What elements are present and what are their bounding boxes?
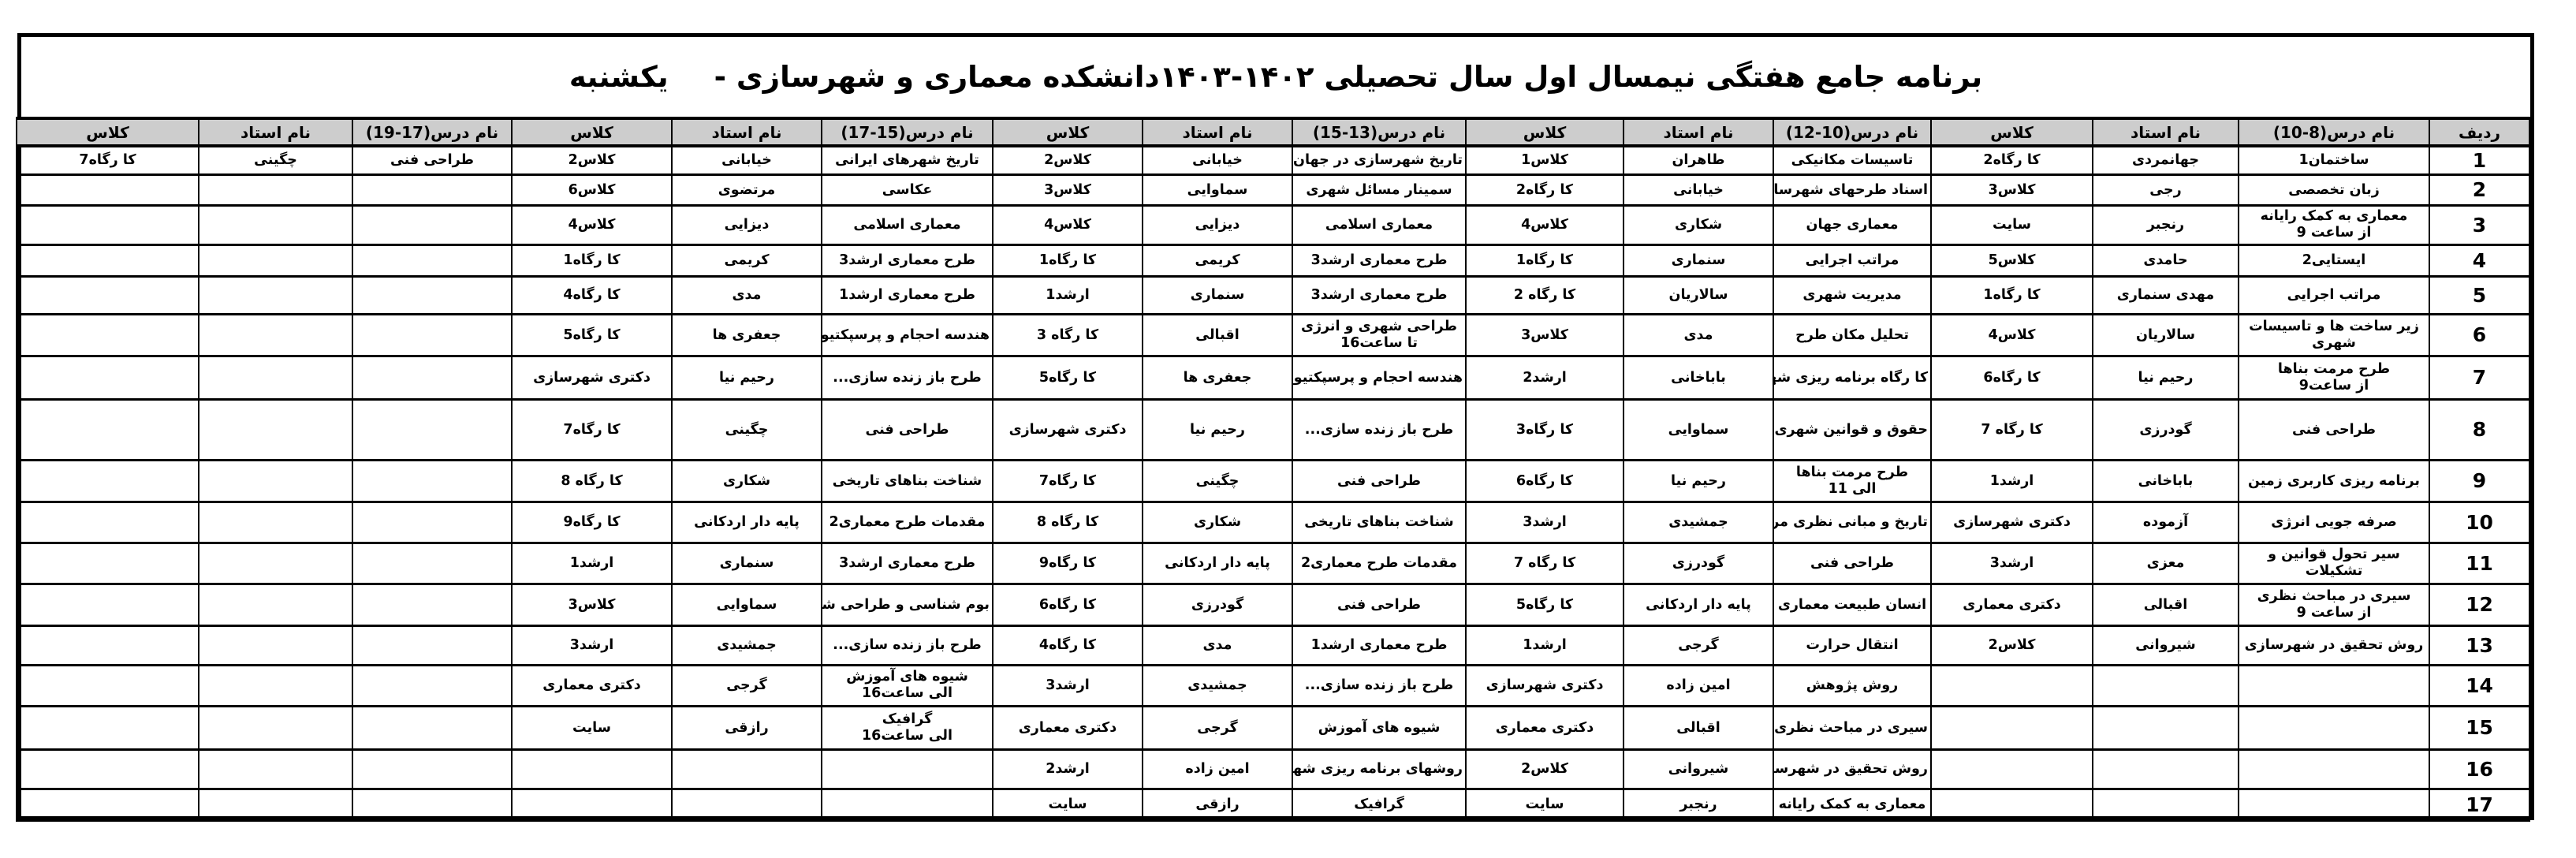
cell-course: بوم شناسی و طراحی شهری xyxy=(822,584,993,625)
cell-course: طرح معماری ارشد1 xyxy=(822,276,993,314)
cell-course: گرافیک xyxy=(1292,789,1466,820)
cell-teacher xyxy=(199,205,352,244)
cell-course xyxy=(352,584,512,625)
table-row: 12سیری در مباحث نظری از ساعت 9اقبالیدکتر… xyxy=(17,584,2529,625)
cell-room: کا رگاه1 xyxy=(1931,276,2093,314)
cell-room xyxy=(17,584,199,625)
cell-room xyxy=(17,276,199,314)
cell-room: کلاس3 xyxy=(993,174,1143,205)
cell-course: طراحی فنی xyxy=(1292,460,1466,502)
row-number: 3 xyxy=(2429,205,2529,244)
cell-teacher: مدی xyxy=(1143,625,1292,665)
cell-course: هندسه احجام و پرسپکتیو xyxy=(822,314,993,356)
cell-course xyxy=(352,399,512,460)
cell-room xyxy=(512,789,672,820)
cell-course xyxy=(2239,789,2429,820)
cell-room: کلاس2 xyxy=(993,146,1143,174)
cell-teacher xyxy=(672,749,822,789)
col-header-teacher: نام استاد xyxy=(199,118,352,146)
cell-room xyxy=(17,625,199,665)
col-header-teacher: نام استاد xyxy=(1143,118,1292,146)
cell-room: کلاس4 xyxy=(1466,205,1624,244)
cell-course xyxy=(352,665,512,706)
cell-room: کا رگاه1 xyxy=(993,244,1143,276)
cell-teacher: باباخانی xyxy=(2093,460,2239,502)
col-header-course: نام درس(15-17) xyxy=(822,118,993,146)
cell-course: طرح معماری ارشد1 xyxy=(1292,625,1466,665)
cell-teacher: شکاری xyxy=(672,460,822,502)
cell-course: طراحی فنی xyxy=(1773,543,1931,584)
cell-course xyxy=(352,276,512,314)
row-number: 13 xyxy=(2429,625,2529,665)
row-number: 6 xyxy=(2429,314,2529,356)
cell-teacher: امین زاده xyxy=(1143,749,1292,789)
cell-course: شیوه های آموزش xyxy=(1292,706,1466,749)
cell-room: سایت xyxy=(1466,789,1624,820)
col-header-row-number: ردیف xyxy=(2429,118,2529,146)
row-number: 8 xyxy=(2429,399,2529,460)
cell-room: کا رگاه1 xyxy=(512,244,672,276)
cell-course: طرح مرمت بناها الی 11 xyxy=(1773,460,1931,502)
cell-room: دکتری شهرسازی xyxy=(1931,502,2093,543)
table-row: 5مراتب اجراییمهدی سنماریکا رگاه1مدیریت ش… xyxy=(17,276,2529,314)
cell-room xyxy=(17,399,199,460)
table-row: 4ایستایی2حامدیکلاس5مراتب اجراییسنماریکا … xyxy=(17,244,2529,276)
cell-course: سمینار مسائل شهری xyxy=(1292,174,1466,205)
row-number: 7 xyxy=(2429,356,2529,399)
cell-teacher: شکاری xyxy=(1624,205,1773,244)
cell-room: کا رگاه6 xyxy=(1931,356,2093,399)
cell-teacher: پایه دار اردکانی xyxy=(1143,543,1292,584)
cell-course: معماری به کمک رایانه xyxy=(1773,789,1931,820)
cell-teacher: جهانمردی xyxy=(2093,146,2239,174)
table-row: 13روش تحقیق در شهرسازیشیروانیکلاس2انتقال… xyxy=(17,625,2529,665)
cell-course: طراحی فنی xyxy=(1292,584,1466,625)
cell-room: کا رگاه 7 xyxy=(1931,399,2093,460)
cell-room: کا رگاه 2 xyxy=(1466,276,1624,314)
cell-course: روشهای برنامه ریزی شهری xyxy=(1292,749,1466,789)
cell-room xyxy=(512,749,672,789)
cell-teacher: رازقی xyxy=(672,706,822,749)
cell-course: هندسه احجام و پرسپکتیو xyxy=(1292,356,1466,399)
cell-room: کا رگاه7 xyxy=(993,460,1143,502)
cell-room: کلاس3 xyxy=(1466,314,1624,356)
cell-room: سایت xyxy=(1931,205,2093,244)
cell-teacher: سماوایی xyxy=(1624,399,1773,460)
row-number: 17 xyxy=(2429,789,2529,820)
table-row: 16روش تحقیق در شهرسازیشیروانیکلاس2روشهای… xyxy=(17,749,2529,789)
cell-room: کا رگاه5 xyxy=(512,314,672,356)
cell-room: ارشد3 xyxy=(1466,502,1624,543)
cell-room: ارشد2 xyxy=(993,749,1143,789)
cell-room: کا رگاه7 xyxy=(512,399,672,460)
cell-teacher xyxy=(199,460,352,502)
cell-room: کا رگاه4 xyxy=(512,276,672,314)
table-row: 7طرح مرمت بناها از ساعت9رحیم نیاکا رگاه6… xyxy=(17,356,2529,399)
cell-course: زبان تخصصی xyxy=(2239,174,2429,205)
cell-teacher: سنماری xyxy=(1143,276,1292,314)
cell-course: شناخت بناهای تاریخی xyxy=(822,460,993,502)
cell-course: طراحی فنی xyxy=(822,399,993,460)
cell-course: تاریخ شهرسازی در جهان xyxy=(1292,146,1466,174)
cell-course: ایستایی2 xyxy=(2239,244,2429,276)
cell-course: طرح باز زنده سازی... xyxy=(1292,665,1466,706)
table-row: 10صرفه جویی انرژیآزمودهدکتری شهرسازیتاری… xyxy=(17,502,2529,543)
cell-room: دکتری شهرسازی xyxy=(1466,665,1624,706)
cell-course xyxy=(352,706,512,749)
table-body: 1ساختمان1جهانمردیکا رگاه2تاسیسات مکانیکی… xyxy=(17,146,2529,820)
col-header-teacher: نام استاد xyxy=(672,118,822,146)
cell-room: کلاس5 xyxy=(1931,244,2093,276)
cell-teacher xyxy=(2093,665,2239,706)
col-header-teacher: نام استاد xyxy=(1624,118,1773,146)
col-header-course: نام درس(13-15) xyxy=(1292,118,1466,146)
cell-course: مراتب اجرایی xyxy=(1773,244,1931,276)
cell-course: معماری جهان xyxy=(1773,205,1931,244)
cell-room: کا رگاه9 xyxy=(512,502,672,543)
cell-room: کا رگاه3 xyxy=(1466,399,1624,460)
cell-course: طرح معماری ارشد3 xyxy=(1292,244,1466,276)
cell-teacher: کریمی xyxy=(672,244,822,276)
table-row: 3معماری به کمک رایانه از ساعت 9رنجبرسایت… xyxy=(17,205,2529,244)
cell-room: کا رگاه2 xyxy=(1931,146,2093,174)
cell-course: معماری اسلامی xyxy=(1292,205,1466,244)
cell-teacher xyxy=(199,399,352,460)
cell-teacher: سماوایی xyxy=(1143,174,1292,205)
cell-teacher: شیروانی xyxy=(2093,625,2239,665)
cell-teacher: شکاری xyxy=(1143,502,1292,543)
cell-teacher: رنجبر xyxy=(1624,789,1773,820)
cell-room: کا رگاه1 xyxy=(1466,244,1624,276)
cell-course xyxy=(352,174,512,205)
cell-room xyxy=(17,244,199,276)
cell-teacher: گرجی xyxy=(672,665,822,706)
row-number: 15 xyxy=(2429,706,2529,749)
row-number: 1 xyxy=(2429,146,2529,174)
cell-teacher: مهدی سنماری xyxy=(2093,276,2239,314)
cell-course: روش تحقیق در شهرسازی xyxy=(1773,749,1931,789)
cell-room xyxy=(17,174,199,205)
cell-teacher: پایه دار اردکانی xyxy=(1624,584,1773,625)
cell-room: دکتری معماری xyxy=(512,665,672,706)
cell-teacher: رازقی xyxy=(1143,789,1292,820)
cell-teacher xyxy=(199,789,352,820)
cell-course: اسناد طرحهای شهرسازی xyxy=(1773,174,1931,205)
cell-room: کا رگاه 8 xyxy=(993,502,1143,543)
cell-teacher: خیابانی xyxy=(672,146,822,174)
cell-room xyxy=(17,314,199,356)
cell-room: کا رگاه6 xyxy=(993,584,1143,625)
cell-teacher: معزی xyxy=(2093,543,2239,584)
col-header-room: کلاس xyxy=(512,118,672,146)
schedule-sheet: برنامه جامع هفتگی نیمسال اول سال تحصیلی … xyxy=(17,33,2534,820)
cell-room: ارشد2 xyxy=(1466,356,1624,399)
cell-room: کلاس6 xyxy=(512,174,672,205)
cell-course: تاریخ و مبانی نظری مرمت xyxy=(1773,502,1931,543)
cell-teacher xyxy=(199,276,352,314)
cell-course xyxy=(822,789,993,820)
cell-room: ارشد3 xyxy=(993,665,1143,706)
cell-course: طراحی فنی xyxy=(2239,399,2429,460)
cell-room: ارشد1 xyxy=(1931,460,2093,502)
cell-course: گرافیک الی ساعت16 xyxy=(822,706,993,749)
row-number: 12 xyxy=(2429,584,2529,625)
table-row: 2زبان تخصصیرجیکلاس3اسناد طرحهای شهرسازیخ… xyxy=(17,174,2529,205)
row-number: 9 xyxy=(2429,460,2529,502)
cell-course xyxy=(352,543,512,584)
cell-teacher: شیروانی xyxy=(1624,749,1773,789)
cell-course: مقدمات طرح معماری2 xyxy=(1292,543,1466,584)
table-row: 15سیری در مباحث نظریاقبالیدکتری معماریشی… xyxy=(17,706,2529,749)
cell-course: معماری اسلامی xyxy=(822,205,993,244)
cell-course: تحلیل مکان طرح xyxy=(1773,314,1931,356)
cell-room: کا رگاه 7 xyxy=(1466,543,1624,584)
cell-teacher xyxy=(199,502,352,543)
cell-room: ارشد1 xyxy=(1466,625,1624,665)
cell-room xyxy=(1931,665,2093,706)
cell-room: کلاس2 xyxy=(512,146,672,174)
cell-course: مقدمات طرح معماری2 xyxy=(822,502,993,543)
cell-course: انتقال حرارت xyxy=(1773,625,1931,665)
row-number: 5 xyxy=(2429,276,2529,314)
cell-teacher: جمشیدی xyxy=(1624,502,1773,543)
cell-room: کلاس4 xyxy=(1931,314,2093,356)
row-number: 11 xyxy=(2429,543,2529,584)
cell-teacher xyxy=(199,749,352,789)
cell-room xyxy=(1931,749,2093,789)
cell-teacher: اقبالی xyxy=(2093,584,2239,625)
cell-room: کا رگاه4 xyxy=(993,625,1143,665)
cell-room: ارشد3 xyxy=(1931,543,2093,584)
cell-room: کلاس4 xyxy=(993,205,1143,244)
cell-teacher: رنجبر xyxy=(2093,205,2239,244)
cell-teacher: خیابانی xyxy=(1143,146,1292,174)
cell-teacher: دیزایی xyxy=(672,205,822,244)
cell-room xyxy=(17,460,199,502)
row-number: 4 xyxy=(2429,244,2529,276)
cell-course: معماری به کمک رایانه از ساعت 9 xyxy=(2239,205,2429,244)
cell-teacher: چگینی xyxy=(672,399,822,460)
cell-teacher: مرتضوی xyxy=(672,174,822,205)
table-row: 11سیر تحول قوانین و تشکیلاتمعزیارشد3طراح… xyxy=(17,543,2529,584)
cell-course: صرفه جویی انرژی xyxy=(2239,502,2429,543)
cell-room: کا رگاه5 xyxy=(993,356,1143,399)
cell-room: کا رگاه 8 xyxy=(512,460,672,502)
cell-teacher: رحیم نیا xyxy=(1143,399,1292,460)
cell-course: زیر ساخت ها و تاسیسات شهری xyxy=(2239,314,2429,356)
cell-teacher: جعفری ها xyxy=(672,314,822,356)
cell-room xyxy=(17,706,199,749)
col-header-room: کلاس xyxy=(17,118,199,146)
cell-room: دکتری معماری xyxy=(993,706,1143,749)
cell-teacher: جعفری ها xyxy=(1143,356,1292,399)
cell-teacher: آزموده xyxy=(2093,502,2239,543)
row-number: 10 xyxy=(2429,502,2529,543)
col-header-room: کلاس xyxy=(993,118,1143,146)
cell-room: کا رگاه9 xyxy=(993,543,1143,584)
col-header-course: نام درس(8-10) xyxy=(2239,118,2429,146)
cell-teacher: مدی xyxy=(1624,314,1773,356)
cell-room: دکتری معماری xyxy=(1931,584,2093,625)
cell-teacher: جمشیدی xyxy=(1143,665,1292,706)
cell-teacher: اقبالی xyxy=(1624,706,1773,749)
table-row: 8طراحی فنیگودرزیکا رگاه 7حقوق و قوانین ش… xyxy=(17,399,2529,460)
cell-course xyxy=(352,789,512,820)
cell-room xyxy=(1931,706,2093,749)
cell-teacher xyxy=(199,706,352,749)
cell-room: کلاس1 xyxy=(1466,146,1624,174)
cell-teacher: سماوایی xyxy=(672,584,822,625)
cell-room: سایت xyxy=(993,789,1143,820)
cell-teacher xyxy=(199,543,352,584)
cell-teacher: پایه دار اردکانی xyxy=(672,502,822,543)
cell-course: روش تحقیق در شهرسازی xyxy=(2239,625,2429,665)
cell-teacher: باباخانی xyxy=(1624,356,1773,399)
cell-course: طرح مرمت بناها از ساعت9 xyxy=(2239,356,2429,399)
cell-course: طراحی فنی xyxy=(352,146,512,174)
cell-teacher: رجی xyxy=(2093,174,2239,205)
cell-room: کلاس3 xyxy=(512,584,672,625)
cell-room: ارشد3 xyxy=(512,625,672,665)
cell-teacher: گودرزی xyxy=(2093,399,2239,460)
cell-course: عکاسی xyxy=(822,174,993,205)
day-label: یکشنبه xyxy=(569,60,669,94)
table-header: ردیفنام درس(8-10)نام استادکلاسنام درس(10… xyxy=(17,118,2529,146)
cell-teacher: رحیم نیا xyxy=(2093,356,2239,399)
cell-course: انسان طبیعت معماری xyxy=(1773,584,1931,625)
cell-course: تاریخ شهرهای ایرانی xyxy=(822,146,993,174)
cell-course: طرح معماری ارشد3 xyxy=(1292,276,1466,314)
col-header-course: نام درس(17-19) xyxy=(352,118,512,146)
cell-course xyxy=(352,244,512,276)
cell-course: طرح معماری ارشد3 xyxy=(822,543,993,584)
cell-course xyxy=(352,205,512,244)
cell-teacher: مدی xyxy=(672,276,822,314)
cell-teacher: رحیم نیا xyxy=(672,356,822,399)
cell-room: کلاس2 xyxy=(1466,749,1624,789)
cell-course xyxy=(2239,665,2429,706)
table-row: 14روش پژوهشامین زادهدکتری شهرسازیطرح باز… xyxy=(17,665,2529,706)
cell-teacher: سالاریان xyxy=(2093,314,2239,356)
cell-teacher xyxy=(2093,789,2239,820)
cell-teacher: دیزایی xyxy=(1143,205,1292,244)
col-header-course: نام درس(10-12) xyxy=(1773,118,1931,146)
cell-teacher: گرجی xyxy=(1143,706,1292,749)
cell-room: کا رگاه2 xyxy=(1466,174,1624,205)
cell-room xyxy=(17,749,199,789)
cell-room: دکتری شهرسازی xyxy=(512,356,672,399)
cell-course: سیری در مباحث نظری xyxy=(1773,706,1931,749)
cell-teacher: سنماری xyxy=(672,543,822,584)
cell-course: طرح باز زنده سازی... xyxy=(1292,399,1466,460)
cell-course: سیری در مباحث نظری از ساعت 9 xyxy=(2239,584,2429,625)
cell-room: دکتری معماری xyxy=(1466,706,1624,749)
cell-course xyxy=(352,749,512,789)
cell-teacher: سنماری xyxy=(1624,244,1773,276)
cell-course: شناخت بناهای تاریخی xyxy=(1292,502,1466,543)
cell-room: کا رگاه 3 xyxy=(993,314,1143,356)
page-title: برنامه جامع هفتگی نیمسال اول سال تحصیلی … xyxy=(714,60,1982,94)
cell-course: برنامه ریزی کاربری زمین xyxy=(2239,460,2429,502)
cell-teacher: حامدی xyxy=(2093,244,2239,276)
cell-course xyxy=(352,314,512,356)
row-number: 2 xyxy=(2429,174,2529,205)
cell-teacher xyxy=(672,789,822,820)
cell-teacher: طاهران xyxy=(1624,146,1773,174)
cell-course xyxy=(2239,706,2429,749)
cell-course xyxy=(352,625,512,665)
cell-teacher xyxy=(2093,749,2239,789)
cell-teacher xyxy=(2093,706,2239,749)
cell-course xyxy=(2239,749,2429,789)
cell-course: سیر تحول قوانین و تشکیلات xyxy=(2239,543,2429,584)
cell-course: طرح باز زنده سازی... xyxy=(822,356,993,399)
col-header-room: کلاس xyxy=(1466,118,1624,146)
cell-course xyxy=(352,356,512,399)
cell-course: طرح باز زنده سازی... xyxy=(822,625,993,665)
cell-course: روش پژوهش xyxy=(1773,665,1931,706)
cell-teacher: جمشیدی xyxy=(672,625,822,665)
cell-teacher: امین زاده xyxy=(1624,665,1773,706)
cell-teacher xyxy=(199,665,352,706)
cell-course: حقوق و قوانین شهری xyxy=(1773,399,1931,460)
cell-course: طراحی شهری و انرژی تا ساعت16 xyxy=(1292,314,1466,356)
col-header-teacher: نام استاد xyxy=(2093,118,2239,146)
cell-room xyxy=(17,502,199,543)
cell-room: سایت xyxy=(512,706,672,749)
cell-room: دکتری شهرسازی xyxy=(993,399,1143,460)
header-row: ردیفنام درس(8-10)نام استادکلاسنام درس(10… xyxy=(17,118,2529,146)
cell-course: شیوه های آموزش الی ساعت16 xyxy=(822,665,993,706)
cell-course xyxy=(352,460,512,502)
cell-teacher: رحیم نیا xyxy=(1624,460,1773,502)
cell-room: کا رگاه5 xyxy=(1466,584,1624,625)
cell-room xyxy=(17,356,199,399)
cell-course: طرح معماری ارشد3 xyxy=(822,244,993,276)
cell-teacher xyxy=(199,314,352,356)
row-number: 14 xyxy=(2429,665,2529,706)
cell-room: ارشد1 xyxy=(993,276,1143,314)
cell-teacher: سالاریان xyxy=(1624,276,1773,314)
cell-room xyxy=(17,543,199,584)
cell-teacher xyxy=(199,174,352,205)
cell-room: ارشد1 xyxy=(512,543,672,584)
schedule-screen: برنامه جامع هفتگی نیمسال اول سال تحصیلی … xyxy=(0,0,2576,858)
cell-teacher xyxy=(199,584,352,625)
cell-room xyxy=(17,789,199,820)
cell-room: کا رگاه7 xyxy=(17,146,199,174)
cell-room xyxy=(17,205,199,244)
col-header-room: کلاس xyxy=(1931,118,2093,146)
cell-room: کلاس4 xyxy=(512,205,672,244)
cell-teacher: گرجی xyxy=(1624,625,1773,665)
cell-teacher xyxy=(199,356,352,399)
cell-course: ساختمان1 xyxy=(2239,146,2429,174)
cell-course: تاسیسات مکانیکی xyxy=(1773,146,1931,174)
table-row: 6زیر ساخت ها و تاسیسات شهریسالاریانکلاس4… xyxy=(17,314,2529,356)
table-row: 17معماری به کمک رایانهرنجبرسایتگرافیکراز… xyxy=(17,789,2529,820)
cell-course: کا رگاه برنامه ریزی شهری xyxy=(1773,356,1931,399)
cell-teacher: گودرزی xyxy=(1143,584,1292,625)
row-number: 16 xyxy=(2429,749,2529,789)
cell-teacher: گودرزی xyxy=(1624,543,1773,584)
cell-teacher: خیابانی xyxy=(1624,174,1773,205)
schedule-table: ردیفنام درس(8-10)نام استادکلاسنام درس(10… xyxy=(16,117,2530,822)
cell-teacher: اقبالی xyxy=(1143,314,1292,356)
cell-teacher: کریمی xyxy=(1143,244,1292,276)
table-row: 1ساختمان1جهانمردیکا رگاه2تاسیسات مکانیکی… xyxy=(17,146,2529,174)
cell-room: کلاس3 xyxy=(1931,174,2093,205)
